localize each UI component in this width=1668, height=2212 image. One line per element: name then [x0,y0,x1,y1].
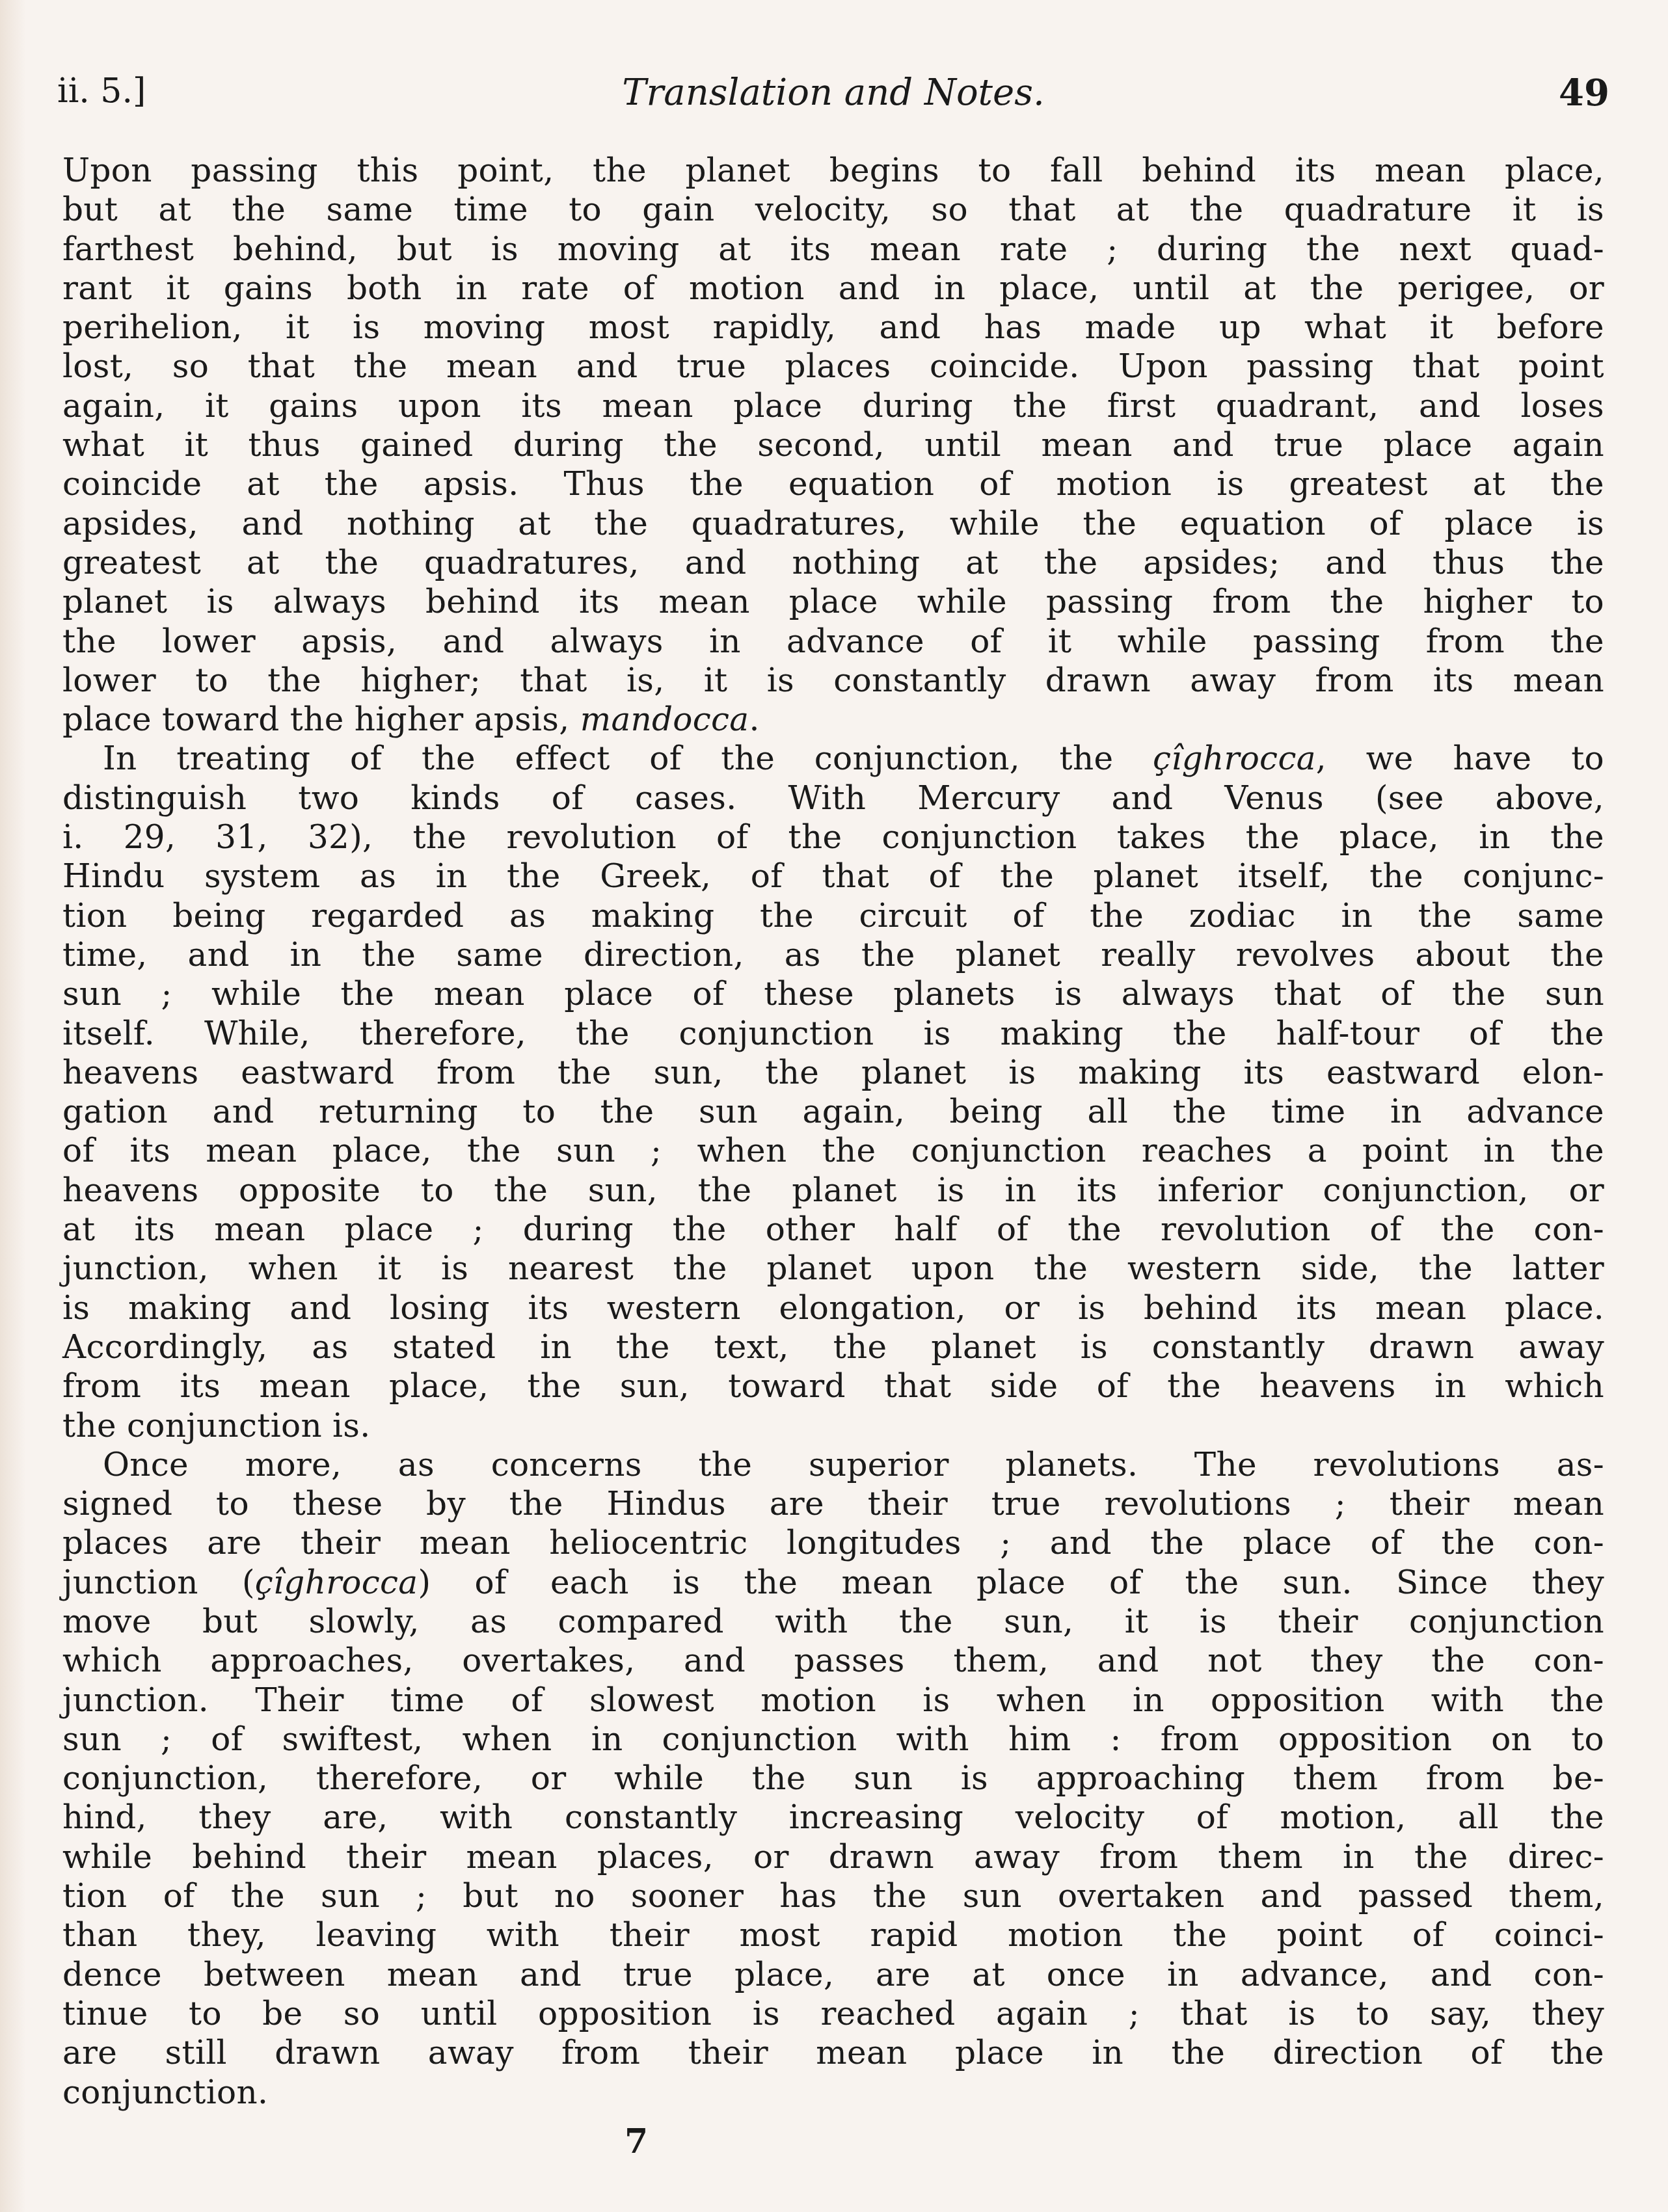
text-line: time, and in the same direction, as the … [62,935,1604,974]
text-segment: planet is always behind its mean place w… [62,583,1604,620]
text-segment: ) of each is the mean place of the sun. … [418,1564,1604,1601]
text-segment: farthest behind, but is moving at its me… [62,230,1604,268]
page-title: Translation and Notes. [57,72,1609,114]
text-segment: at its mean place ; during the other hal… [62,1210,1604,1248]
text-segment: the lower apsis, and always in advance o… [62,622,1604,660]
text-segment: signed to these by the Hindus are their … [62,1485,1604,1523]
text-segment: of its mean place, the sun ; when the co… [62,1132,1604,1169]
text-segment: move but slowly, as compared with the su… [62,1603,1604,1640]
text-segment: i. 29, 31, 32), the revolution of the co… [62,818,1604,856]
text-segment: are still drawn away from their mean pla… [62,2034,1604,2072]
text-line: tion of the sun ; but no sooner has the … [62,1876,1604,1915]
text-line: the conjunction is. [62,1406,1604,1445]
text-line: lost, so that the mean and true places c… [62,347,1604,386]
text-line: junction (çîghrocca) of each is the mean… [62,1563,1604,1602]
running-head: ii. 5.] Translation and Notes. 49 [57,72,1609,124]
text-segment: places are their mean heliocentric longi… [62,1524,1604,1562]
text-line: while behind their mean places, or drawn… [62,1837,1604,1876]
text-line: Accordingly, as stated in the text, the … [62,1327,1604,1366]
text-line: Upon passing this point, the planet begi… [62,151,1604,190]
signature-mark: 7 [625,2122,648,2161]
text-line: places are their mean heliocentric longi… [62,1523,1604,1562]
text-line: planet is always behind its mean place w… [62,582,1604,621]
text-segment: rant it gains both in rate of motion and… [62,269,1604,307]
text-segment: is making and losing its western elongat… [62,1289,1604,1327]
page-gutter-shadow [0,0,26,2212]
text-segment: what it thus gained during the second, u… [62,426,1604,464]
text-line: coincide at the apsis. Thus the equation… [62,464,1604,503]
text-segment: while behind their mean places, or drawn… [62,1838,1604,1876]
italic-term: çîghrocca [255,1564,418,1601]
text-line: of its mean place, the sun ; when the co… [62,1131,1604,1170]
text-line: farthest behind, but is moving at its me… [62,230,1604,269]
text-line: tinue to be so until opposition is reach… [62,1994,1604,2033]
text-line: heavens opposite to the sun, the planet … [62,1171,1604,1210]
text-segment: Upon passing this point, the planet begi… [62,152,1604,189]
text-segment: Once more, as concerns the superior plan… [103,1446,1604,1484]
text-line: are still drawn away from their mean pla… [62,2033,1604,2072]
text-line: sun ; while the mean place of these plan… [62,974,1604,1013]
text-segment: the conjunction is. [62,1407,371,1445]
text-segment: from its mean place, the sun, toward tha… [62,1367,1604,1405]
text-line: lower to the higher; that is, it is cons… [62,661,1604,700]
text-segment: apsides, and nothing at the quadratures,… [62,505,1604,542]
text-segment: junction. Their time of slowest motion i… [62,1681,1604,1719]
text-line: gation and returning to the sun again, b… [62,1092,1604,1131]
text-segment: but at the same time to gain velocity, s… [62,191,1604,228]
text-line: than they, leaving with their most rapid… [62,1915,1604,1954]
text-line: at its mean place ; during the other hal… [62,1210,1604,1249]
text-line: Once more, as concerns the superior plan… [62,1445,1604,1484]
text-segment: lower to the higher; that is, it is cons… [62,661,1604,699]
text-segment: tion of the sun ; but no sooner has the … [62,1877,1604,1915]
text-segment: itself. While, therefore, the conjunctio… [62,1015,1604,1052]
text-segment: perihelion, it is moving most rapidly, a… [62,308,1604,346]
text-segment: , we have to [1316,740,1604,777]
text-line: rant it gains both in rate of motion and… [62,269,1604,308]
text-segment: sun ; while the mean place of these plan… [62,975,1604,1013]
text-line: but at the same time to gain velocity, s… [62,190,1604,229]
text-segment: lost, so that the mean and true places c… [62,347,1604,385]
text-line: conjunction, therefore, or while the sun… [62,1759,1604,1798]
text-segment: greatest at the quadratures, and nothing… [62,544,1604,581]
text-line: move but slowly, as compared with the su… [62,1602,1604,1641]
text-segment: heavens eastward from the sun, the plane… [62,1054,1604,1091]
text-line: itself. While, therefore, the conjunctio… [62,1014,1604,1053]
italic-term: çîghrocca [1153,740,1316,777]
text-segment: coincide at the apsis. Thus the equation… [62,465,1604,503]
text-segment: conjunction. [62,2073,268,2111]
text-line: sun ; of swiftest, when in conjunction w… [62,1720,1604,1759]
paragraph: Once more, as concerns the superior plan… [62,1445,1604,2112]
text-line: In treating of the effect of the conjunc… [62,739,1604,778]
text-segment: than they, leaving with their most rapid… [62,1916,1604,1954]
text-line: is making and losing its western elongat… [62,1288,1604,1327]
text-line: conjunction. [62,2073,1604,2112]
italic-term: mandocca [580,700,749,738]
text-segment: sun ; of swiftest, when in conjunction w… [62,1720,1604,1758]
text-line: from its mean place, the sun, toward tha… [62,1366,1604,1406]
paragraph: Upon passing this point, the planet begi… [62,151,1604,739]
text-segment: In treating of the effect of the conjunc… [103,740,1153,777]
text-line: tion being regarded as making the circui… [62,896,1604,935]
text-segment: place toward the higher apsis, [62,700,580,738]
text-line: junction, when it is nearest the planet … [62,1249,1604,1288]
text-line: again, it gains upon its mean place duri… [62,386,1604,425]
text-line: place toward the higher apsis, mandocca. [62,700,1604,739]
text-segment: heavens opposite to the sun, the planet … [62,1171,1604,1209]
text-line: the lower apsis, and always in advance o… [62,622,1604,661]
text-line: perihelion, it is moving most rapidly, a… [62,308,1604,347]
text-line: distinguish two kinds of cases. With Mer… [62,779,1604,818]
text-segment: tinue to be so until opposition is reach… [62,1995,1604,2032]
text-line: i. 29, 31, 32), the revolution of the co… [62,818,1604,857]
text-line: greatest at the quadratures, and nothing… [62,543,1604,582]
text-segment: junction, when it is nearest the planet … [62,1249,1604,1287]
text-segment: which approaches, overtakes, and passes … [62,1642,1604,1679]
text-line: which approaches, overtakes, and passes … [62,1641,1604,1680]
text-line: apsides, and nothing at the quadratures,… [62,504,1604,543]
paragraph: In treating of the effect of the conjunc… [62,739,1604,1445]
text-segment: Accordingly, as stated in the text, the … [62,1328,1604,1366]
body-text: Upon passing this point, the planet begi… [62,151,1604,2112]
text-segment: distinguish two kinds of cases. With Mer… [62,779,1604,817]
text-segment: junction ( [62,1564,255,1601]
text-segment: time, and in the same direction, as the … [62,936,1604,974]
text-line: signed to these by the Hindus are their … [62,1484,1604,1523]
text-segment: Hindu system as in the Greek, of that of… [62,857,1604,895]
text-segment: gation and returning to the sun again, b… [62,1093,1604,1130]
text-line: heavens eastward from the sun, the plane… [62,1053,1604,1092]
text-line: hind, they are, with constantly increasi… [62,1798,1604,1837]
text-segment: conjunction, therefore, or while the sun… [62,1759,1604,1797]
text-segment: hind, they are, with constantly increasi… [62,1798,1604,1836]
text-segment: again, it gains upon its mean place duri… [62,387,1604,425]
page-number: 49 [1559,72,1609,114]
text-segment: tion being regarded as making the circui… [62,897,1604,935]
text-segment: dence between mean and true place, are a… [62,1956,1604,1993]
text-segment: . [749,700,759,738]
text-line: Hindu system as in the Greek, of that of… [62,857,1604,896]
text-line: dence between mean and true place, are a… [62,1955,1604,1994]
text-line: junction. Their time of slowest motion i… [62,1681,1604,1720]
text-line: what it thus gained during the second, u… [62,425,1604,464]
